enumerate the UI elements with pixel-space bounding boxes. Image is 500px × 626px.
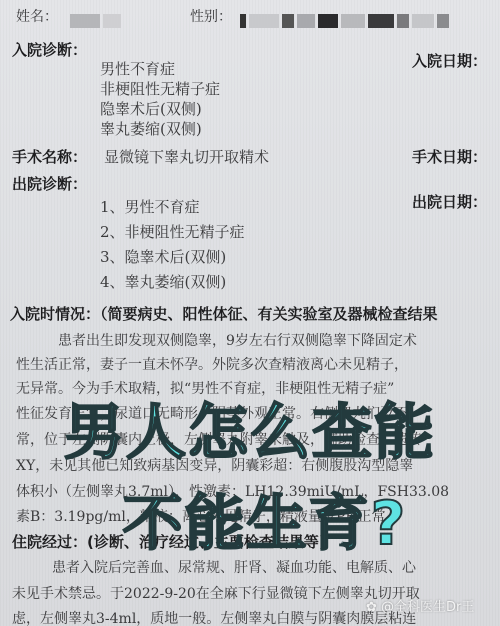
admission-diagnosis-item: 非梗阻性无精子症 xyxy=(100,78,220,99)
discharge-diagnosis-item: 1、男性不育症 xyxy=(100,196,200,217)
hospital-course-line: 未见手术禁忌。于2022-9-20在全麻下行显微镜下左侧睾丸切开取 xyxy=(12,583,420,603)
admission-diagnosis-item: 睾丸萎缩(双侧) xyxy=(100,118,202,139)
medical-record-photo: 姓名： 性别： 入院诊断： 入院日期： 男性不育症 非梗阻性无精子症 隐睾术后(… xyxy=(0,0,500,626)
admission-date-label: 入院日期： xyxy=(412,50,487,71)
admission-status-line: 性生活正常，妻子一直未怀孕。外院多次查精液离心未见精子， xyxy=(16,354,408,374)
surgery-name-value: 显微镜下睾丸切开取精术 xyxy=(104,146,269,167)
admission-diagnosis-item: 隐睾术后(双侧) xyxy=(100,98,202,119)
surgery-date-label: 手术日期： xyxy=(412,146,487,167)
gender-label: 性别： xyxy=(190,6,232,26)
overlay-title-line2: 不能生育? xyxy=(15,476,500,562)
name-redacted xyxy=(70,10,124,28)
discharge-diagnosis-item: 3、隐睾术后(双侧) xyxy=(100,246,226,267)
admission-status-label: 入院时情况：（简要病史、阳性体征、有关实验室及器械检查结果 xyxy=(10,303,438,324)
discharge-diagnosis-label: 出院诊断： xyxy=(12,173,87,194)
hospital-course-line: 虑，左侧睾丸3-4ml，质地一般。左侧睾丸白膜与阴囊肉膜层粘连 xyxy=(12,608,416,626)
watermark-text: @全科医生Dr王 xyxy=(381,600,474,615)
name-label: 姓名： xyxy=(16,6,58,26)
watermark: ✿ @全科医生Dr王 xyxy=(366,596,474,615)
discharge-date-label: 出院日期： xyxy=(412,191,487,212)
weibo-icon: ✿ xyxy=(366,600,377,615)
gender-redacted xyxy=(240,10,452,28)
surgery-name-label: 手术名称： xyxy=(12,146,87,167)
admission-diagnosis-label: 入院诊断： xyxy=(12,39,87,60)
discharge-diagnosis-item: 4、睾丸萎缩(双侧) xyxy=(100,271,226,292)
admission-status-line: 患者出生即发现双侧隐睾，9岁左右行双侧隐睾下降固定术 xyxy=(58,330,417,350)
admission-diagnosis-item: 男性不育症 xyxy=(100,58,175,79)
overlay-title-line1: 男人怎么查能 xyxy=(0,385,500,471)
discharge-diagnosis-item: 2、非梗阻性无精子症 xyxy=(100,221,245,242)
